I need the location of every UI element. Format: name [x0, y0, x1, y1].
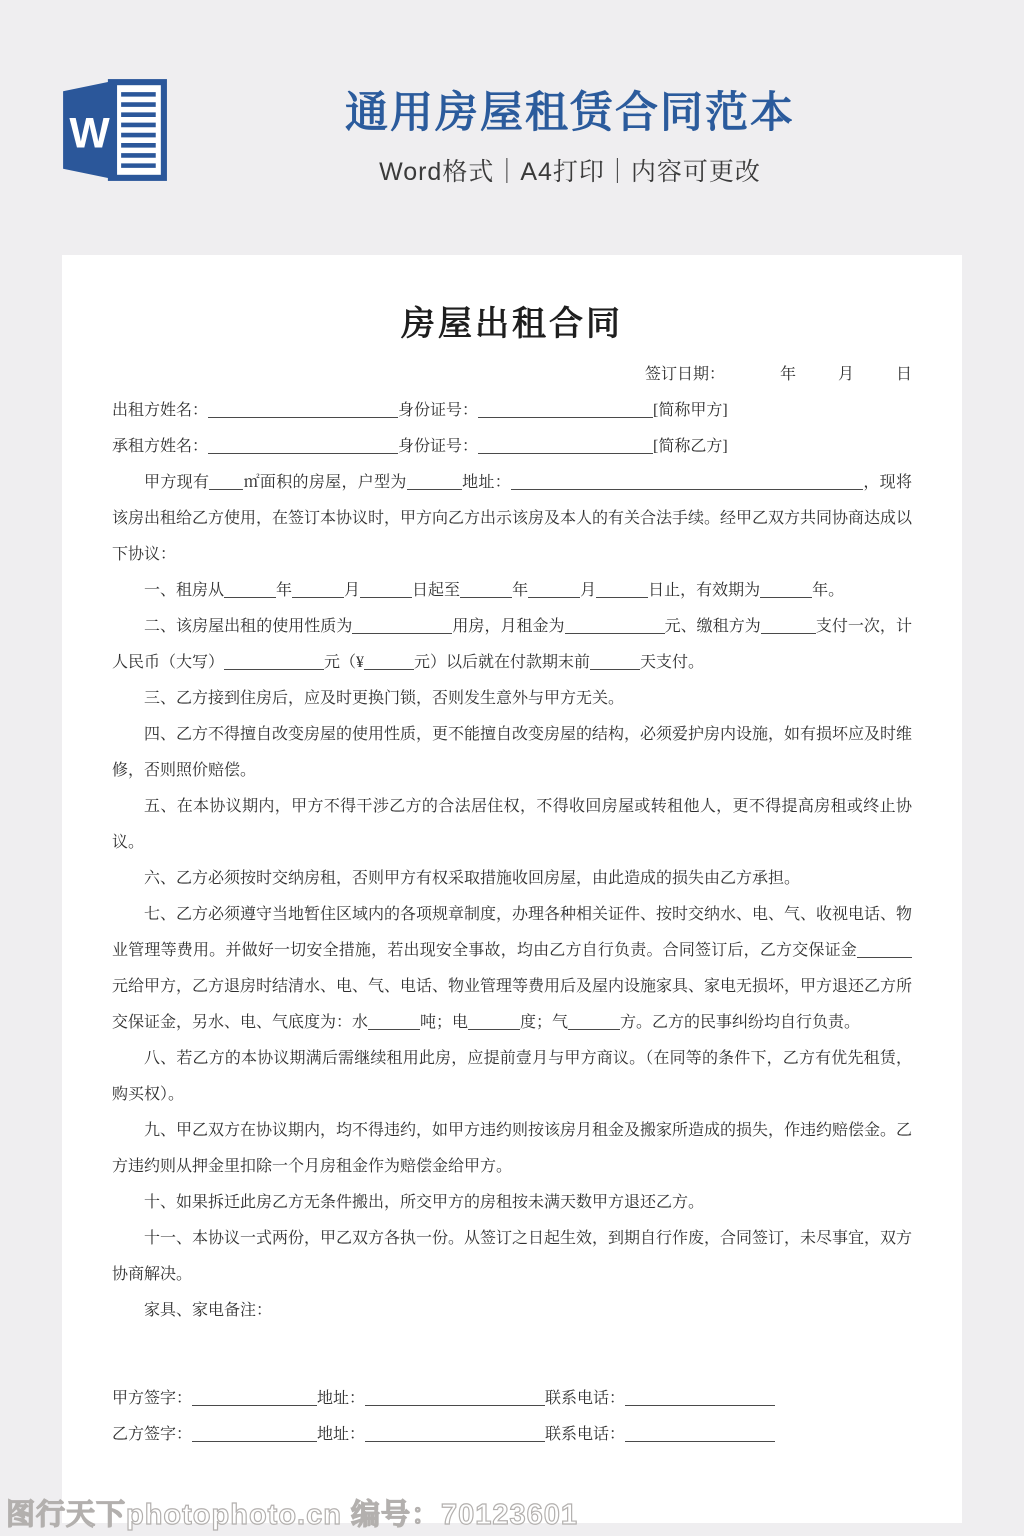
poster-title: 通用房屋租赁合同范本: [180, 88, 960, 140]
fill-in-blank: [360, 583, 412, 598]
fill-in-blank: [192, 1391, 317, 1406]
fill-in-blank: [365, 1427, 545, 1442]
fill-in-blank: [625, 1391, 775, 1406]
fill-in-blank: [292, 583, 344, 598]
fill-in-blank: [209, 475, 243, 490]
fill-in-blank: [478, 403, 653, 418]
fill-in-blank: [590, 655, 640, 670]
fill-in-blank: [364, 655, 414, 670]
fill-in-blank: [511, 475, 863, 490]
fill-in-blank: [568, 1015, 620, 1030]
word-logo-letter: W: [69, 109, 110, 157]
fill-in-blank: [596, 583, 648, 598]
clause-10: 十、如果拆迁此房乙方无条件搬出，所交甲方的房租按未满天数甲方退还乙方。: [112, 1185, 912, 1221]
poster-header: W 通用房屋租赁合同范本 Word格式｜A4打印｜内容可更改: [0, 0, 1024, 230]
fill-in-blank: [352, 619, 452, 634]
clause-2: 二、该房屋出租的使用性质为用房，月租金为元、缴租方为支付一次，计人民币（大写）元…: [112, 609, 912, 681]
party-b-signature-line: 乙方签字：地址：联系电话：: [112, 1417, 912, 1453]
clause-8: 八、若乙方的本协议期满后需继续租用此房，应提前壹月与甲方商议。（在同等的条件下，…: [112, 1041, 912, 1113]
fill-in-blank: [365, 1391, 545, 1406]
clause-1: 一、租房从年月日起至年月日止，有效期为年。: [112, 573, 912, 609]
fill-in-blank: [208, 403, 398, 418]
header-text-block: 通用房屋租赁合同范本 Word格式｜A4打印｜内容可更改: [180, 88, 960, 188]
clause-11: 十一、本协议一式两份，甲乙双方各执一份。从签订之日起生效，到期自行作废，合同签订…: [112, 1221, 912, 1293]
fill-in-blank: [460, 583, 512, 598]
clause-7: 七、乙方必须遵守当地暂住区域内的各项规章制度，办理各种相关证件、按时交纳水、电、…: [112, 897, 912, 1041]
clause-3: 三、乙方接到住房后，应及时更换门锁，否则发生意外与甲方无关。: [112, 681, 912, 717]
fill-in-blank: [224, 583, 276, 598]
document-page: 房屋出租合同 签订日期：年月日 出租方姓名：身份证号：[简称甲方] 承租方姓名：…: [62, 255, 962, 1523]
fill-in-blank: [407, 475, 462, 490]
signing-date-line: 签订日期：年月日: [112, 357, 912, 393]
party-b-line: 承租方姓名：身份证号：[简称乙方]: [112, 429, 912, 465]
spacer: [854, 367, 896, 379]
clause-9: 九、甲乙双方在协议期内，均不得违约，如甲方违约则按该房月租金及搬家所造成的损失，…: [112, 1113, 912, 1185]
clause-6: 六、乙方必须按时交纳房租，否则甲方有权采取措施收回房屋，由此造成的损失由乙方承担…: [112, 861, 912, 897]
clause-5: 五、在本协议期内，甲方不得干涉乙方的合法居住权，不得收回房屋或转租他人，更不得提…: [112, 789, 912, 861]
furniture-note: 家具、家电备注：: [112, 1293, 912, 1329]
fill-in-blank: [761, 619, 816, 634]
fill-in-blank: [368, 1015, 420, 1030]
clause-4: 四、乙方不得擅自改变房屋的使用性质，更不能擅自改变房屋的结构，必须爱护房内设施，…: [112, 717, 912, 789]
fill-in-blank: [224, 655, 324, 670]
fill-in-blank: [192, 1427, 317, 1442]
spacer: [725, 367, 780, 379]
party-a-line: 出租方姓名：身份证号：[简称甲方]: [112, 393, 912, 429]
fill-in-blank: [760, 583, 812, 598]
template-poster: W 通用房屋租赁合同范本 Word格式｜A4打印｜内容可更改 房屋出租合同 签订…: [0, 0, 1024, 1536]
word-logo-icon: W: [58, 74, 170, 186]
party-a-signature-line: 甲方签字：地址：联系电话：: [112, 1381, 912, 1417]
fill-in-blank: [857, 943, 912, 958]
fill-in-blank: [625, 1427, 775, 1442]
spacer: [796, 367, 838, 379]
document-title: 房屋出租合同: [112, 301, 912, 349]
fill-in-blank: [208, 439, 398, 454]
intro-paragraph: 甲方现有㎡面积的房屋，户型为地址：，现将该房出租给乙方使用，在签订本协议时，甲方…: [112, 465, 912, 573]
site-watermark: 图行天下photophoto.cn 编号：70123601: [6, 1492, 578, 1533]
fill-in-blank: [528, 583, 580, 598]
fill-in-blank: [565, 619, 665, 634]
poster-subtitle: Word格式｜A4打印｜内容可更改: [180, 152, 960, 188]
fill-in-blank: [478, 439, 653, 454]
fill-in-blank: [468, 1015, 520, 1030]
